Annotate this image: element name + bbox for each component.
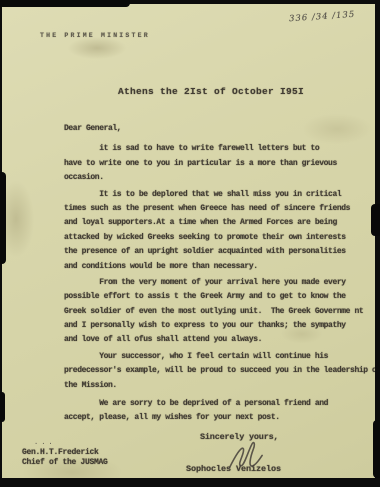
paragraph: it is sad to have to write farewell lett…: [64, 142, 363, 185]
scan-edge-artifact: [373, 420, 380, 478]
letter-line: Greek soldier of even the most outlying …: [64, 305, 363, 319]
paragraph: It is to be deplored that we shall miss …: [64, 188, 363, 274]
addressee-block: Gen.H.T.Frederick Chief of the JUSMAG: [22, 448, 108, 467]
letter-line: Your successor, who I feel certain will …: [64, 350, 363, 364]
letter-line: We are sorry to be deprived of a persona…: [64, 397, 363, 411]
letter-line: occasion.: [64, 171, 363, 185]
letter-line: Dear General,: [64, 122, 363, 136]
paragraph: We are sorry to be deprived of a persona…: [64, 397, 363, 426]
paragraph: Your successor, who I feel certain will …: [64, 350, 363, 393]
letter-line: have to write one to you in particular i…: [64, 157, 363, 171]
scan-edge-artifact: [0, 0, 130, 7]
letter-line: and loyal supporters.At a time when the …: [64, 216, 363, 230]
letter-line: and conditions would be more than necess…: [64, 260, 363, 274]
letter-page: 336 /34 /135 THE PRIME MINISTER Athens t…: [2, 4, 375, 478]
letter-line: and I personally wish to express to you …: [64, 319, 363, 333]
signature-icon: [227, 440, 272, 477]
letter-line: the presence of an upright soldier acqua…: [64, 245, 363, 259]
letter-line: and love of all ofus shall attend you al…: [64, 333, 363, 347]
paragraph: Dear General,: [64, 122, 363, 136]
paragraph: From the very moment of your arrival her…: [64, 276, 363, 348]
addressee-name: Gen.H.T.Frederick: [22, 448, 108, 458]
letter-line: it is sad to have to write farewell lett…: [64, 142, 363, 156]
scan-edge-artifact: [371, 204, 380, 236]
addressee-title: Chief of the JUSMAG: [22, 458, 108, 468]
letterhead-title: THE PRIME MINISTER: [40, 32, 150, 39]
letter-line: attacked by wicked Greeks seeking to pro…: [64, 231, 363, 245]
letter-line: accept, please, all my wishes for your n…: [64, 411, 363, 425]
letter-line: It is to be deplored that we shall miss …: [64, 188, 363, 202]
letter-line: times such as the present when Greece ha…: [64, 202, 363, 216]
letter-line: the Mission.: [64, 379, 363, 393]
letter-body: Dear General, it is sad to have to write…: [64, 122, 363, 428]
scanned-letter: 336 /34 /135 THE PRIME MINISTER Athens t…: [0, 0, 380, 487]
letter-line: possible effort to assis t the Greek Arm…: [64, 290, 363, 304]
archive-annotation: 336 /34 /135: [288, 10, 355, 25]
date-line: Athens the 2Ist of October I95I: [118, 86, 304, 97]
scan-edge-artifact: [0, 172, 6, 264]
pencil-dots: ...: [34, 439, 56, 447]
letter-line: predecessor's example, will be proud to …: [64, 364, 363, 378]
scan-edge-artifact: [0, 392, 5, 422]
letter-line: From the very moment of your arrival her…: [64, 276, 363, 290]
